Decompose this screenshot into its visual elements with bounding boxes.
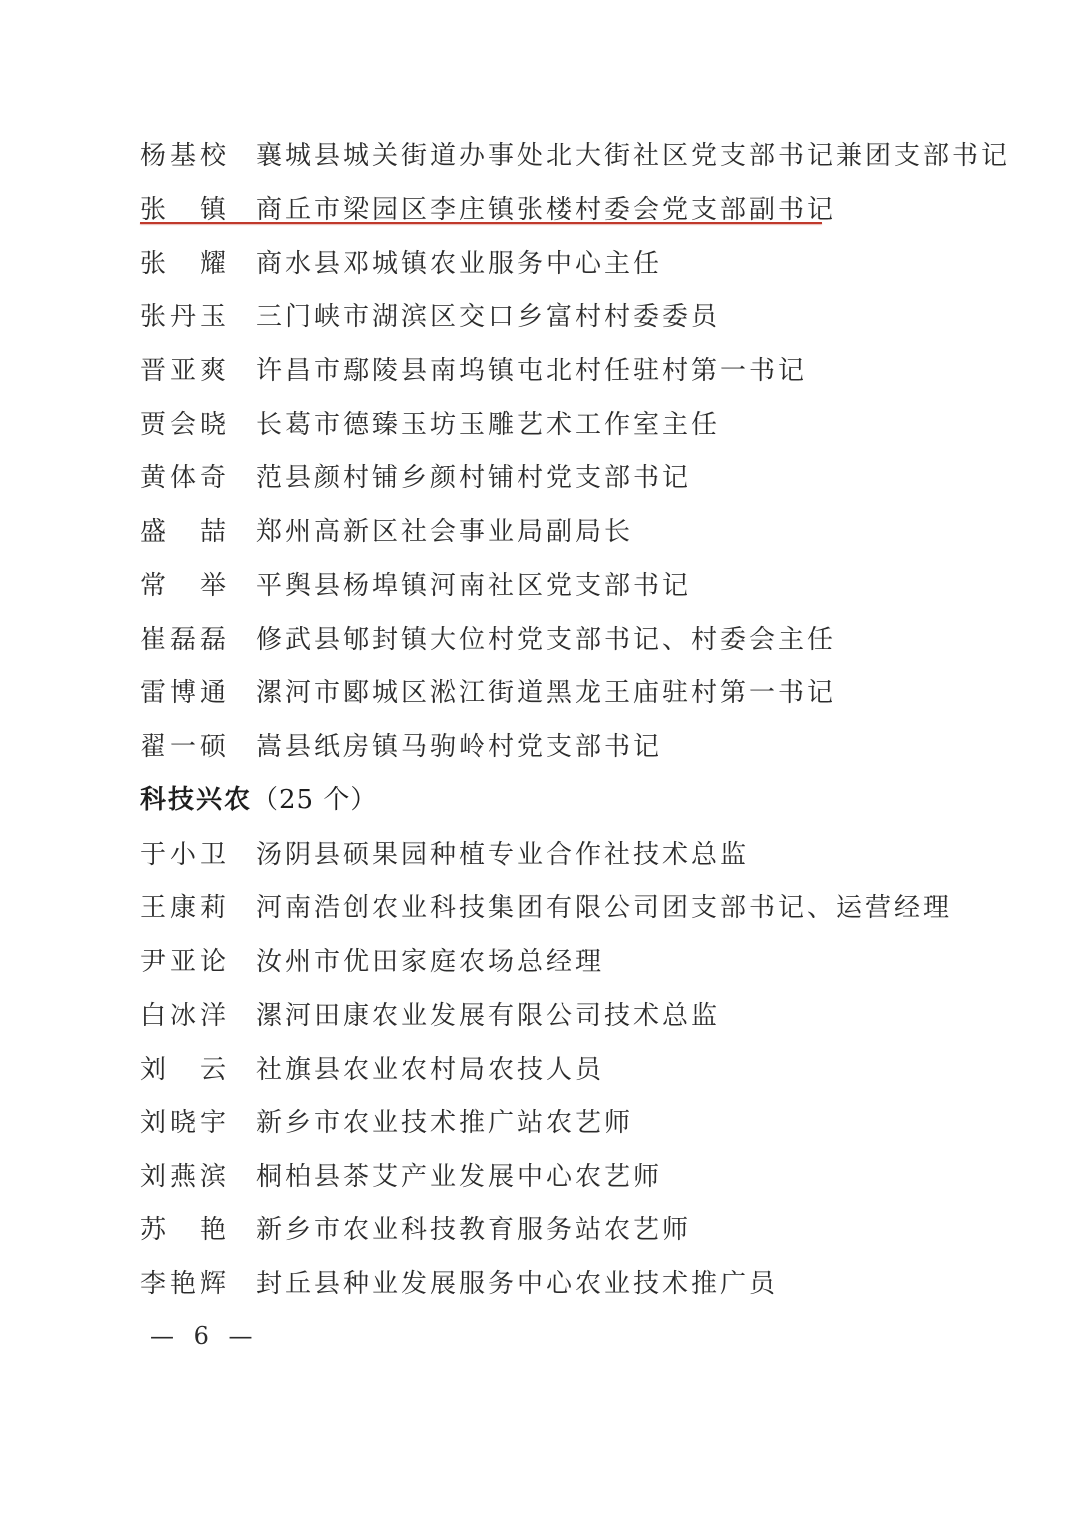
name-char: 晓 <box>200 405 226 445</box>
name-char: 一 <box>170 727 196 767</box>
person-description: 新乡市农业技术推广站农艺师 <box>256 1103 633 1143</box>
section-count: （25 个） <box>252 785 377 815</box>
name-char: 冰 <box>170 996 196 1036</box>
person-description: 嵩县纸房镇马驹岭村党支部书记 <box>256 727 662 767</box>
name-char: 奇 <box>200 458 226 498</box>
name-char: 通 <box>200 673 226 713</box>
person-description: 修武县郇封镇大位村党支部书记、村委会主任 <box>256 620 836 660</box>
person-name: 李 艳 辉 <box>140 1264 226 1304</box>
name-char: 张 <box>140 190 166 230</box>
name-char: 刘 <box>140 1050 166 1090</box>
name-char: 杨 <box>140 136 166 176</box>
person-description: 汤阴县硕果园种植专业合作社技术总监 <box>256 835 749 875</box>
section-title: 科技兴农 <box>140 785 252 815</box>
person-name: 苏 艳 <box>140 1210 226 1250</box>
name-char: 丹 <box>170 297 196 337</box>
person-name: 晋 亚 爽 <box>140 351 226 391</box>
name-char: 尹 <box>140 942 166 982</box>
name-char: 常 <box>140 566 166 606</box>
person-name: 杨 基 校 <box>140 136 226 176</box>
name-char: 磊 <box>170 620 196 660</box>
person-description: 三门峡市湖滨区交口乡富村村委委员 <box>256 297 720 337</box>
person-description: 漯河田康农业发展有限公司技术总监 <box>256 996 720 1036</box>
name-char: 贾 <box>140 405 166 445</box>
person-name: 张 丹 玉 <box>140 297 226 337</box>
name-char: 会 <box>170 405 196 445</box>
person-name: 翟 一 硕 <box>140 727 226 767</box>
document-page: 杨 基 校 襄城县城关街道办事处北大街社区党支部书记兼团支部书记 张 镇 商丘市… <box>0 0 1080 1526</box>
name-char: 洋 <box>200 996 226 1036</box>
person-name: 常 举 <box>140 566 226 606</box>
name-char: 盛 <box>140 512 166 552</box>
person-name: 白 冰 洋 <box>140 996 226 1036</box>
name-char: 莉 <box>200 888 226 928</box>
name-char: 黄 <box>140 458 166 498</box>
person-description: 襄城县城关街道办事处北大街社区党支部书记兼团支部书记 <box>256 136 1010 176</box>
name-char: 艳 <box>200 1210 226 1250</box>
name-char: 滨 <box>200 1157 226 1197</box>
name-char: 艳 <box>170 1264 196 1304</box>
person-name: 王 康 莉 <box>140 888 226 928</box>
name-char: 张 <box>140 244 166 284</box>
name-char: 卫 <box>200 835 226 875</box>
person-description: 平舆县杨埠镇河南社区党支部书记 <box>256 566 691 606</box>
person-description: 漯河市郾城区淞江街道黑龙王庙驻村第一书记 <box>256 673 836 713</box>
name-char: 玉 <box>200 297 226 337</box>
person-description: 许昌市鄢陵县南坞镇屯北村任驻村第一书记 <box>256 351 807 391</box>
name-char: 耀 <box>200 244 226 284</box>
person-description: 封丘县种业发展服务中心农业技术推广员 <box>256 1264 778 1304</box>
name-char: 举 <box>200 566 226 606</box>
name-char: 亚 <box>170 942 196 982</box>
name-char: 张 <box>140 297 166 337</box>
person-name: 于 小 卫 <box>140 835 226 875</box>
name-char: 宇 <box>200 1103 226 1143</box>
name-char: 白 <box>140 996 166 1036</box>
name-char: 爽 <box>200 351 226 391</box>
name-char: 论 <box>200 942 226 982</box>
person-description: 范县颜村铺乡颜村铺村党支部书记 <box>256 458 691 498</box>
section-heading: 科技兴农（25 个） <box>140 780 377 820</box>
person-name: 尹 亚 论 <box>140 942 226 982</box>
name-char: 刘 <box>140 1103 166 1143</box>
person-name: 张 耀 <box>140 244 226 284</box>
name-char: 硕 <box>200 727 226 767</box>
name-char: 苏 <box>140 1210 166 1250</box>
person-description: 长葛市德臻玉坊玉雕艺术工作室主任 <box>256 405 720 445</box>
name-char: 体 <box>170 458 196 498</box>
red-highlight-underline <box>140 222 822 224</box>
name-char: 康 <box>170 888 196 928</box>
name-char: 李 <box>140 1264 166 1304</box>
person-description: 河南浩创农业科技集团有限公司团支部书记、运营经理 <box>256 888 952 928</box>
name-char: 于 <box>140 835 166 875</box>
person-name: 黄 体 奇 <box>140 458 226 498</box>
name-char: 晓 <box>170 1103 196 1143</box>
person-description: 郑州高新区社会事业局副局长 <box>256 512 633 552</box>
person-description: 汝州市优田家庭农场总经理 <box>256 942 604 982</box>
person-name: 崔 磊 磊 <box>140 620 226 660</box>
name-char: 崔 <box>140 620 166 660</box>
name-char: 雷 <box>140 673 166 713</box>
name-char: 辉 <box>200 1264 226 1304</box>
name-char: 刘 <box>140 1157 166 1197</box>
name-char: 小 <box>170 835 196 875</box>
name-char: 基 <box>170 136 196 176</box>
name-char: 云 <box>200 1050 226 1090</box>
person-name: 雷 博 通 <box>140 673 226 713</box>
person-name: 刘 燕 滨 <box>140 1157 226 1197</box>
person-name: 刘 晓 宇 <box>140 1103 226 1143</box>
person-description: 新乡市农业科技教育服务站农艺师 <box>256 1210 691 1250</box>
name-char: 翟 <box>140 727 166 767</box>
page-number: — 6 — <box>150 1316 259 1356</box>
name-char: 王 <box>140 888 166 928</box>
person-description: 商丘市梁园区李庄镇张楼村委会党支部副书记 <box>256 190 836 230</box>
person-name: 贾 会 晓 <box>140 405 226 445</box>
name-char: 亚 <box>170 351 196 391</box>
name-char: 校 <box>200 136 226 176</box>
person-description: 社旗县农业农村局农技人员 <box>256 1050 604 1090</box>
name-char: 喆 <box>200 512 226 552</box>
person-description: 商水县邓城镇农业服务中心主任 <box>256 244 662 284</box>
person-name: 张 镇 <box>140 190 226 230</box>
name-char: 燕 <box>170 1157 196 1197</box>
name-char: 博 <box>170 673 196 713</box>
person-name: 盛 喆 <box>140 512 226 552</box>
person-name: 刘 云 <box>140 1050 226 1090</box>
name-char: 晋 <box>140 351 166 391</box>
name-char: 磊 <box>200 620 226 660</box>
person-description: 桐柏县茶艾产业发展中心农艺师 <box>256 1157 662 1197</box>
name-char: 镇 <box>200 190 226 230</box>
